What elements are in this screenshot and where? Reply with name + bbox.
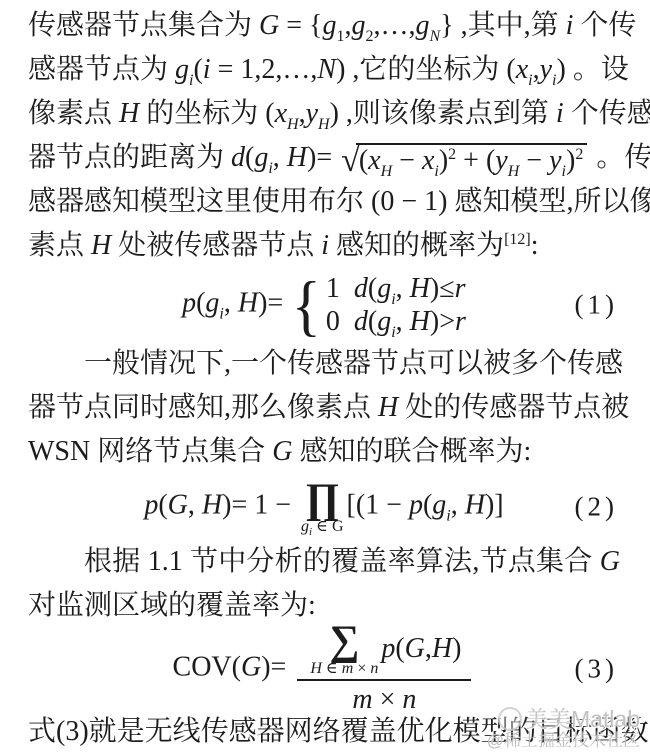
equation-3: COV(G)= ∑H ∈ m × n p(G, H)m × n (3) — [28, 628, 620, 710]
equation-1-body: p(gi, H)= {1 d(gi, H)≤r0 d(gi, H)>r — [182, 272, 466, 338]
equation-2-number: (2) — [575, 492, 618, 523]
text-line-4: 器节点的距离为 d(gi, H)= √(xH − xi)2 + (yH − yi… — [28, 136, 620, 180]
equation-2: p(G, H)= 1 − ∏gi ∈ G[(1 − p(gi, H)] (2) — [28, 474, 620, 540]
equation-1-number: (1) — [575, 290, 618, 321]
text-line-12: 式(3)就是无线传感器网络覆盖优化模型的目标函数 — [28, 710, 620, 754]
equation-3-number: (3) — [575, 654, 618, 685]
equation-1: p(gi, H)= {1 d(gi, H)≤r0 d(gi, H)>r (1) — [28, 268, 620, 342]
text-line-9: WSN 网络节点集合 G 感知的联合概率为: — [28, 430, 620, 474]
text-line-6: 素点 H 处被传感器节点 i 感知的概率为[12]: — [28, 224, 620, 268]
equation-2-body: p(G, H)= 1 − ∏gi ∈ G[(1 − p(gi, H)] — [144, 480, 503, 534]
text-line-3: 像素点 H 的坐标为 (xH,yH) ,则该像素点到第 i 个传感 — [28, 92, 620, 136]
text-line-2: 感器节点为 gi(i = 1,2,…,N) ,它的坐标为 (xi,yi) 。设 — [28, 48, 620, 92]
text-line-5: 感器感知模型这里使用布尔 (0 − 1) 感知模型,所以像 — [28, 180, 620, 224]
equation-3-body: COV(G)= ∑H ∈ m × n p(G, H)m × n — [173, 622, 476, 716]
text-line-10: 根据 1.1 节中分析的覆盖率算法,节点集合 G — [28, 540, 620, 584]
document-page: 传感器节点集合为 G = {g1,g2,…,gN} ,其中,第 i 个传 感器节… — [0, 0, 650, 755]
text-line-1: 传感器节点集合为 G = {g1,g2,…,gN} ,其中,第 i 个传 — [28, 4, 620, 48]
text-line-8: 器节点同时感知,那么像素点 H 处的传感器节点被 — [28, 386, 620, 430]
text-line-7: 一般情况下,一个传感器节点可以被多个传感 — [28, 342, 620, 386]
